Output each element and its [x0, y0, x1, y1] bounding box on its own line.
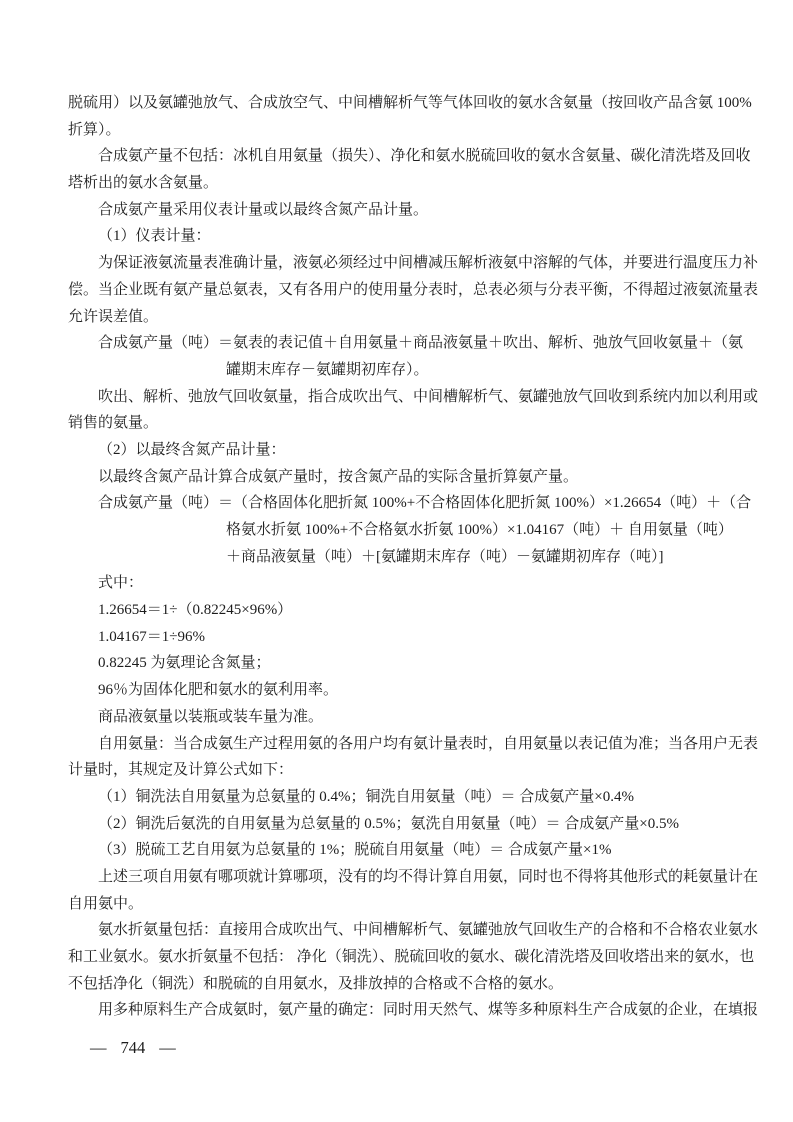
text-line: 96％为固体化肥和氨水的氨利用率。: [68, 677, 728, 704]
page-footer: —744—: [90, 1035, 176, 1061]
text-line: 为保证液氨流量表准确计量，液氨必须经过中间槽减压解析液氨中溶解的气体，并要进行温…: [68, 250, 728, 277]
text-line: 合成氨产量采用仪表计量或以最终含氮产品计量。: [68, 197, 728, 224]
formula-line: 1.04167＝1÷96%: [68, 624, 728, 651]
footer-dash-left: —: [90, 1038, 107, 1057]
formula-line: 合成氨产量（吨）＝（合格固体化肥折氮 100%+不合格固体化肥折氮 100%）×…: [68, 490, 728, 517]
text-line: 计量时，其规定及计算公式如下：: [68, 757, 728, 784]
document-page: 脱硫用）以及氨罐弛放气、合成放空气、中间槽解析气等气体回收的氨水含氨量（按回收产…: [0, 0, 793, 1122]
text-line: 和工业氨水。氨水折氨量不包括： 净化（铜洗）、脱硫回收的氨水、碳化清洗塔及回收塔…: [68, 944, 728, 971]
text-line: 用多种原料生产合成氨时，氨产量的确定：同时用天然气、煤等多种原料生产合成氨的企业…: [68, 997, 728, 1024]
text-line: 不包括净化（铜洗）和脱硫的自用氨水，及排放掉的合格或不合格的氨水。: [68, 971, 728, 998]
formula-line: （2）铜洗后氨洗的自用氨量为总氨量的 0.5%；氨洗自用氨量（吨）＝ 合成氨产量…: [68, 811, 728, 838]
text-line: 脱硫用）以及氨罐弛放气、合成放空气、中间槽解析气等气体回收的氨水含氨量（按回收产…: [68, 90, 728, 117]
text-line: 吹出、解析、弛放气回收氨量，指合成吹出气、中间槽解析气、氨罐弛放气回收到系统内加…: [68, 384, 728, 411]
page-number: 744: [121, 1038, 146, 1057]
text-line: 折算）。: [68, 117, 728, 144]
text-line: 偿。当企业既有氨产量总氨表，又有各用户的使用量分表时，总表必须与分表平衡，不得超…: [68, 277, 728, 304]
document-body: 脱硫用）以及氨罐弛放气、合成放空气、中间槽解析气等气体回收的氨水含氨量（按回收产…: [68, 90, 728, 1024]
text-line: 合成氨产量不包括：冰机自用氨量（损失）、净化和氨水脱硫回收的氨水含氨量、碳化清洗…: [68, 143, 728, 170]
formula-line: 罐期末库存－氨罐期初库存）。: [68, 357, 728, 384]
text-line: 氨水折氨量包括：直接用合成吹出气、中间槽解析气、氨罐弛放气回收生产的合格和不合格…: [68, 917, 728, 944]
text-line: 0.82245 为氨理论含氮量；: [68, 650, 728, 677]
formula-line: ＋商品液氨量（吨）＋[氨罐期末库存（吨）－氨罐期初库存（吨）]: [68, 544, 728, 571]
footer-dash-right: —: [159, 1038, 176, 1057]
text-line: 销售的氨量。: [68, 410, 728, 437]
text-line: 自用氨量：当合成氨生产过程用氨的各用户均有氨计量表时，自用氨量以表记值为准；当各…: [68, 731, 728, 758]
text-line: （2）以最终含氮产品计量：: [68, 437, 728, 464]
formula-line: （1）铜洗法自用氨量为总氨量的 0.4%；铜洗自用氨量（吨）＝ 合成氨产量×0.…: [68, 784, 728, 811]
formula-line: 格氨水折氨 100%+不合格氨水折氨 100%）×1.04167（吨）＋ 自用氨…: [68, 517, 728, 544]
text-line: 允许误差值。: [68, 304, 728, 331]
formula-line: （3）脱硫工艺自用氨为总氨量的 1%；脱硫自用氨量（吨）＝ 合成氨产量×1%: [68, 837, 728, 864]
text-line: 上述三项自用氨有哪项就计算哪项，没有的均不得计算自用氨，同时也不得将其他形式的耗…: [68, 864, 728, 891]
formula-line: 合成氨产量（吨）＝氨表的表记值＋自用氨量＋商品液氨量＋吹出、解析、弛放气回收氨量…: [68, 330, 728, 357]
text-line: 商品液氨量以装瓶或装车量为准。: [68, 704, 728, 731]
formula-line: 1.26654＝1÷（0.82245×96%）: [68, 597, 728, 624]
text-line: 以最终含氮产品计算合成氨产量时，按含氮产品的实际含量折算氨产量。: [68, 464, 728, 491]
text-line: （1）仪表计量：: [68, 223, 728, 250]
text-line: 自用氨中。: [68, 891, 728, 918]
text-line: 式中：: [68, 570, 728, 597]
text-line: 塔析出的氨水含氨量。: [68, 170, 728, 197]
